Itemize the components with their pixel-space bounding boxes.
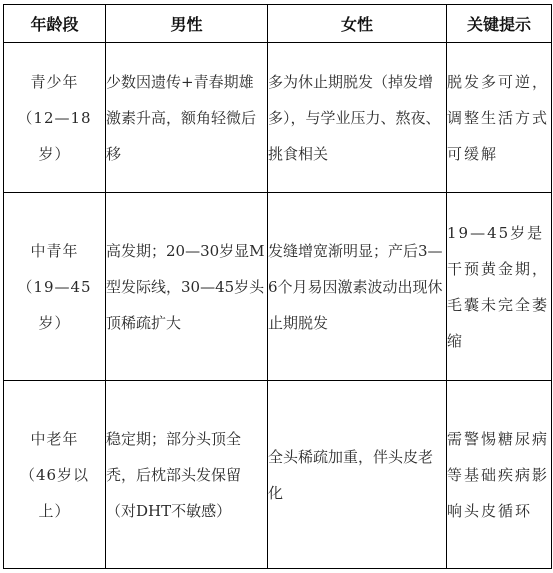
tip-cell: 19—45岁是干预黄金期，毛囊未完全萎缩	[447, 193, 552, 381]
header-age: 年龄段	[4, 5, 106, 43]
tip-text: 需警惕糖尿病等基础疾病影响头皮循环	[447, 421, 551, 529]
header-female: 女性	[268, 5, 447, 43]
female-text: 发缝增宽渐明显；产后3—6个月易因激素波动出现休止期脱发	[268, 233, 446, 341]
table-row-young-adult: 中青年 （19—45 岁） 高发期；20—30岁显M型发际线，30—45岁头顶稀…	[4, 193, 552, 381]
female-text: 全头稀疏加重，伴头皮老化	[268, 439, 446, 511]
tip-text: 19—45岁是干预黄金期，毛囊未完全萎缩	[447, 215, 551, 359]
age-cell: 中老年 （46岁以 上）	[4, 381, 106, 569]
age-line: 上）	[4, 493, 105, 529]
tip-text: 脱发多可逆，调整生活方式可缓解	[447, 64, 551, 172]
age-line: 青少年	[4, 64, 105, 100]
male-text: 稳定期；部分头顶全秃，后枕部头发保留（对DHT不敏感）	[106, 421, 267, 529]
age-line: 中老年	[4, 421, 105, 457]
male-cell: 少数因遗传+青春期雄激素升高，额角轻微后移	[106, 43, 268, 193]
male-cell: 稳定期；部分头顶全秃，后枕部头发保留（对DHT不敏感）	[106, 381, 268, 569]
header-row: 年龄段 男性 女性 关键提示	[4, 5, 552, 43]
male-text: 少数因遗传+青春期雄激素升高，额角轻微后移	[106, 64, 267, 172]
female-text: 多为休止期脱发（掉发增多），与学业压力、熬夜、挑食相关	[268, 64, 446, 172]
age-cell: 青少年 （12—18 岁）	[4, 43, 106, 193]
tip-cell: 脱发多可逆，调整生活方式可缓解	[447, 43, 552, 193]
female-cell: 全头稀疏加重，伴头皮老化	[268, 381, 447, 569]
female-cell: 发缝增宽渐明显；产后3—6个月易因激素波动出现休止期脱发	[268, 193, 447, 381]
male-text: 高发期；20—30岁显M型发际线，30—45岁头顶稀疏扩大	[106, 233, 267, 341]
header-male: 男性	[106, 5, 268, 43]
table-row-teen: 青少年 （12—18 岁） 少数因遗传+青春期雄激素升高，额角轻微后移 多为休止…	[4, 43, 552, 193]
hair-loss-by-age-table: 年龄段 男性 女性 关键提示 青少年 （12—18 岁） 少数因遗传+青春期雄激…	[3, 4, 552, 569]
age-line: 岁）	[4, 136, 105, 172]
female-cell: 多为休止期脱发（掉发增多），与学业压力、熬夜、挑食相关	[268, 43, 447, 193]
age-line: 中青年	[4, 233, 105, 269]
tip-cell: 需警惕糖尿病等基础疾病影响头皮循环	[447, 381, 552, 569]
age-line: 岁）	[4, 305, 105, 341]
age-line: （12—18	[4, 100, 105, 136]
age-cell: 中青年 （19—45 岁）	[4, 193, 106, 381]
age-line: （19—45	[4, 269, 105, 305]
header-tip: 关键提示	[447, 5, 552, 43]
male-cell: 高发期；20—30岁显M型发际线，30—45岁头顶稀疏扩大	[106, 193, 268, 381]
table-row-middle-aged: 中老年 （46岁以 上） 稳定期；部分头顶全秃，后枕部头发保留（对DHT不敏感）…	[4, 381, 552, 569]
age-line: （46岁以	[4, 457, 105, 493]
